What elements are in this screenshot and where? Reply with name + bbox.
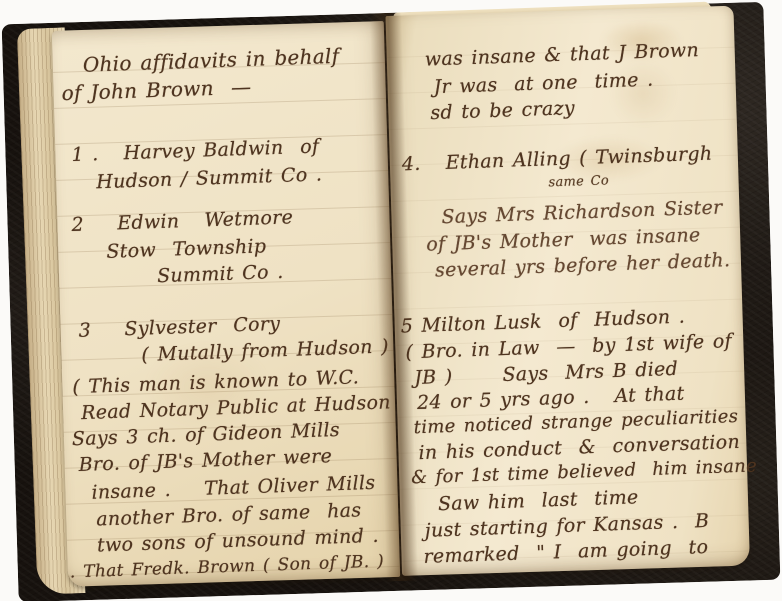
right-page: was insane & that J Brown Jr was at one …: [386, 6, 750, 576]
manuscript-line: Summit Co .: [157, 260, 284, 288]
manuscript-line: 2 Edwin Wetmore: [71, 205, 293, 237]
left-page: Ohio affidavits in behalf of John Brown …: [52, 21, 400, 587]
manuscript-line: Hudson / Summit Co .: [96, 162, 323, 194]
manuscript-line: of John Brown —: [61, 75, 252, 106]
manuscript-line: Ohio affidavits in behalf: [82, 44, 339, 77]
manuscript-line: same Co: [548, 169, 609, 195]
manuscript-line: was insane & that J Brown: [424, 38, 699, 72]
manuscript-line: Stow Township: [106, 234, 267, 264]
photo-canvas: Ohio affidavits in behalf of John Brown …: [0, 0, 782, 601]
manuscript-line: 1 . Harvey Baldwin of: [71, 134, 320, 167]
manuscript-line: 3 Sylvester Cory: [78, 312, 280, 343]
manuscript-line: Jr was at one time .: [433, 68, 654, 100]
manuscript-line: sd to be crazy: [430, 96, 575, 125]
notebook-book: Ohio affidavits in behalf of John Brown …: [2, 2, 781, 601]
